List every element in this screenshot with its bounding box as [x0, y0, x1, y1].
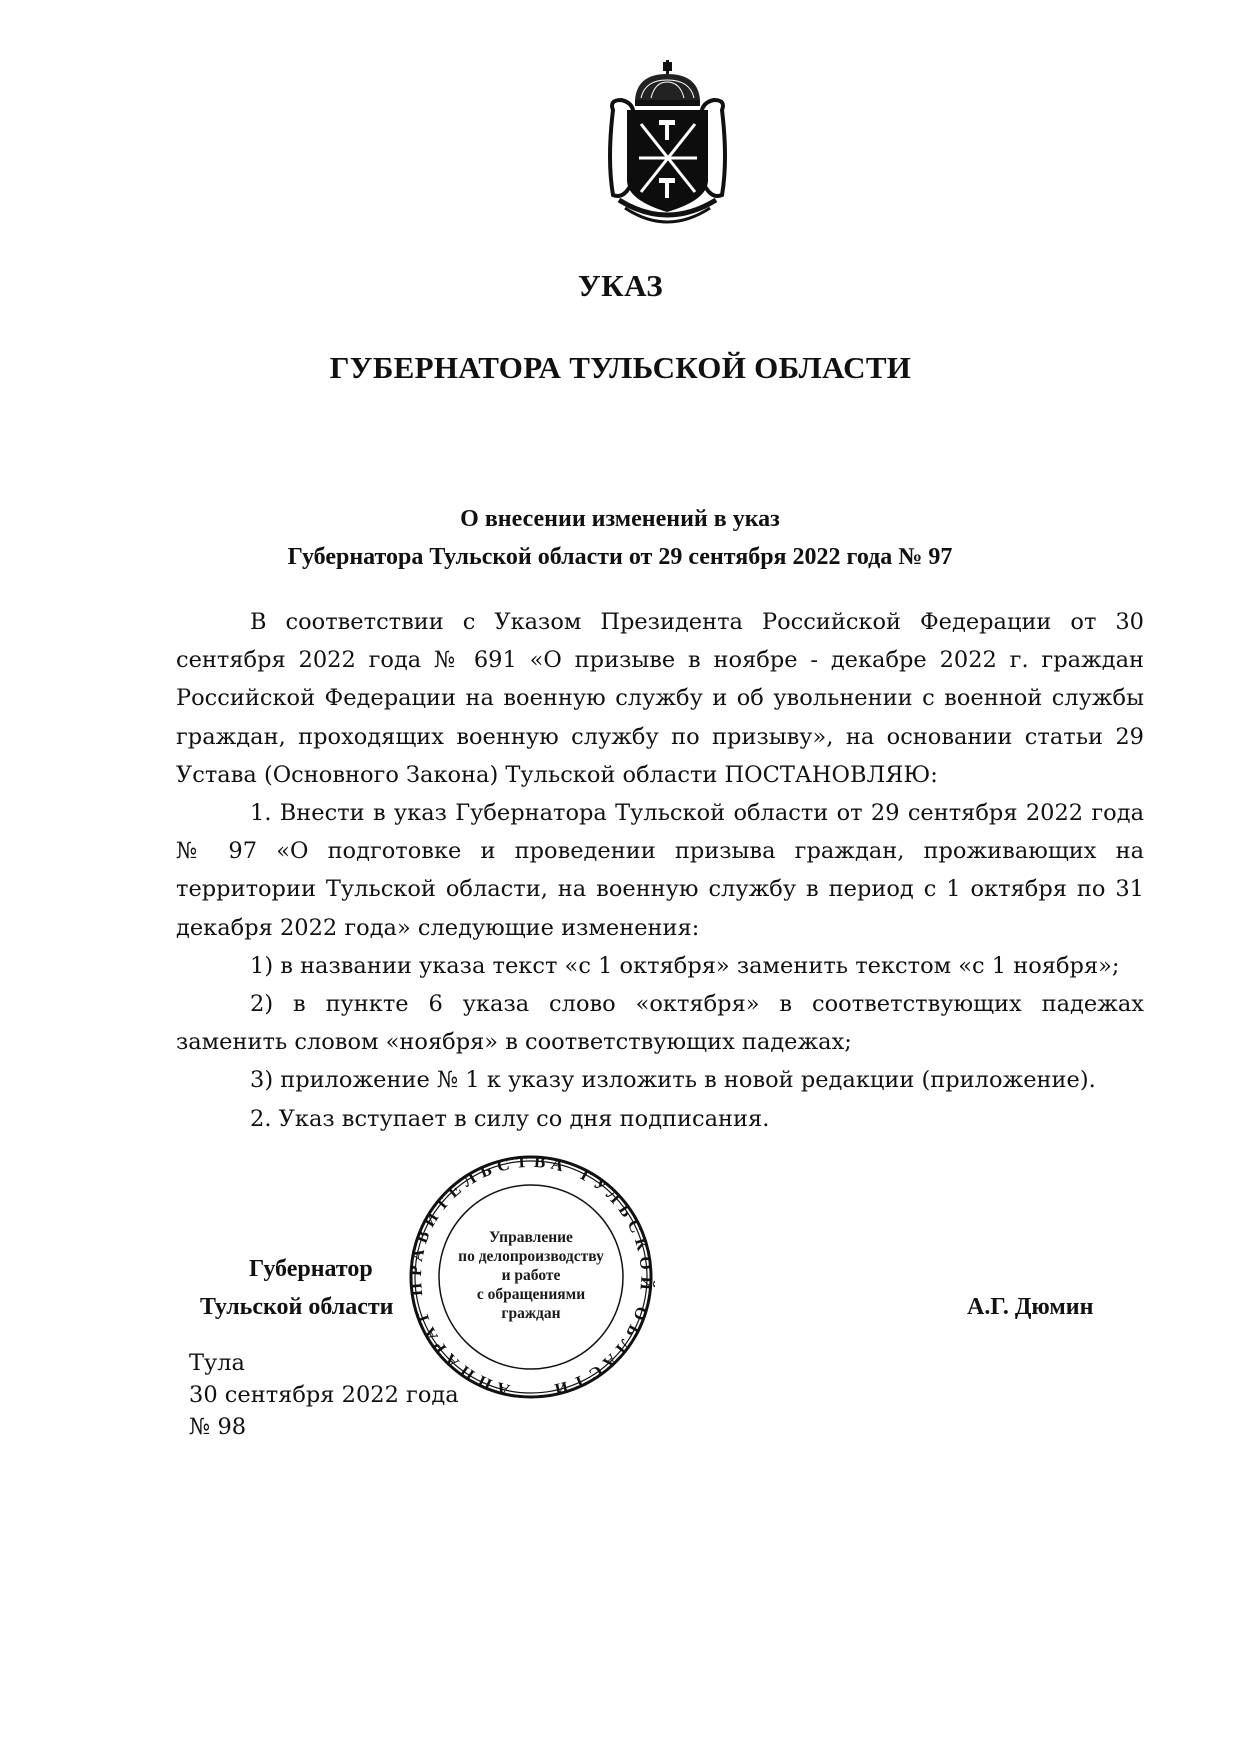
footer-date: 30 сентября 2022 года: [189, 1379, 459, 1411]
subject-line-2: Губернатора Тульской области от 29 сентя…: [150, 538, 1090, 576]
seal-line: Управление: [407, 1228, 655, 1247]
document-page: УКАЗ ГУБЕРНАТОРА ТУЛЬСКОЙ ОБЛАСТИ О внес…: [0, 0, 1241, 1754]
paragraph-subitem-3: 3) приложение № 1 к указу изложить в нов…: [176, 1061, 1144, 1099]
document-body: В соответствии с Указом Президента Росси…: [176, 603, 1144, 1138]
subject-line-1: О внесении изменений в указ: [150, 500, 1090, 538]
coat-of-arms-icon: [605, 60, 730, 225]
document-subject: О внесении изменений в указ Губернатора …: [150, 500, 1090, 576]
paragraph-subitem-1: 1) в названии указа текст «с 1 октября» …: [176, 947, 1144, 985]
paragraph-item-1: 1. Внести в указ Губернатора Тульской об…: [176, 794, 1144, 947]
signatory-title-line-2: Тульской области: [200, 1288, 394, 1326]
footer-number: № 98: [189, 1411, 459, 1443]
footer-city: Тула: [189, 1347, 459, 1379]
seal-inner-text: Управление по делопроизводству и работе …: [407, 1228, 655, 1323]
paragraph-subitem-2: 2) в пункте 6 указа слово «октября» в со…: [176, 985, 1144, 1061]
seal-line: с обращениями: [407, 1285, 655, 1304]
signatory-title: Губернатор Тульской области: [200, 1250, 394, 1326]
seal-line: и работе: [407, 1266, 655, 1285]
seal-line: граждан: [407, 1304, 655, 1323]
document-heading: УКАЗ: [0, 268, 1241, 304]
seal-line: по делопроизводству: [407, 1247, 655, 1266]
signatory-title-line-1: Губернатор: [200, 1250, 394, 1288]
signatory-name: А.Г. Дюмин: [967, 1288, 1093, 1326]
paragraph-item-2: 2. Указ вступает в силу со дня подписани…: [176, 1100, 1144, 1138]
paragraph-preamble: В соответствии с Указом Президента Росси…: [176, 603, 1144, 794]
document-issuer: ГУБЕРНАТОРА ТУЛЬСКОЙ ОБЛАСТИ: [0, 350, 1241, 386]
document-footer: Тула 30 сентября 2022 года № 98: [189, 1347, 459, 1443]
